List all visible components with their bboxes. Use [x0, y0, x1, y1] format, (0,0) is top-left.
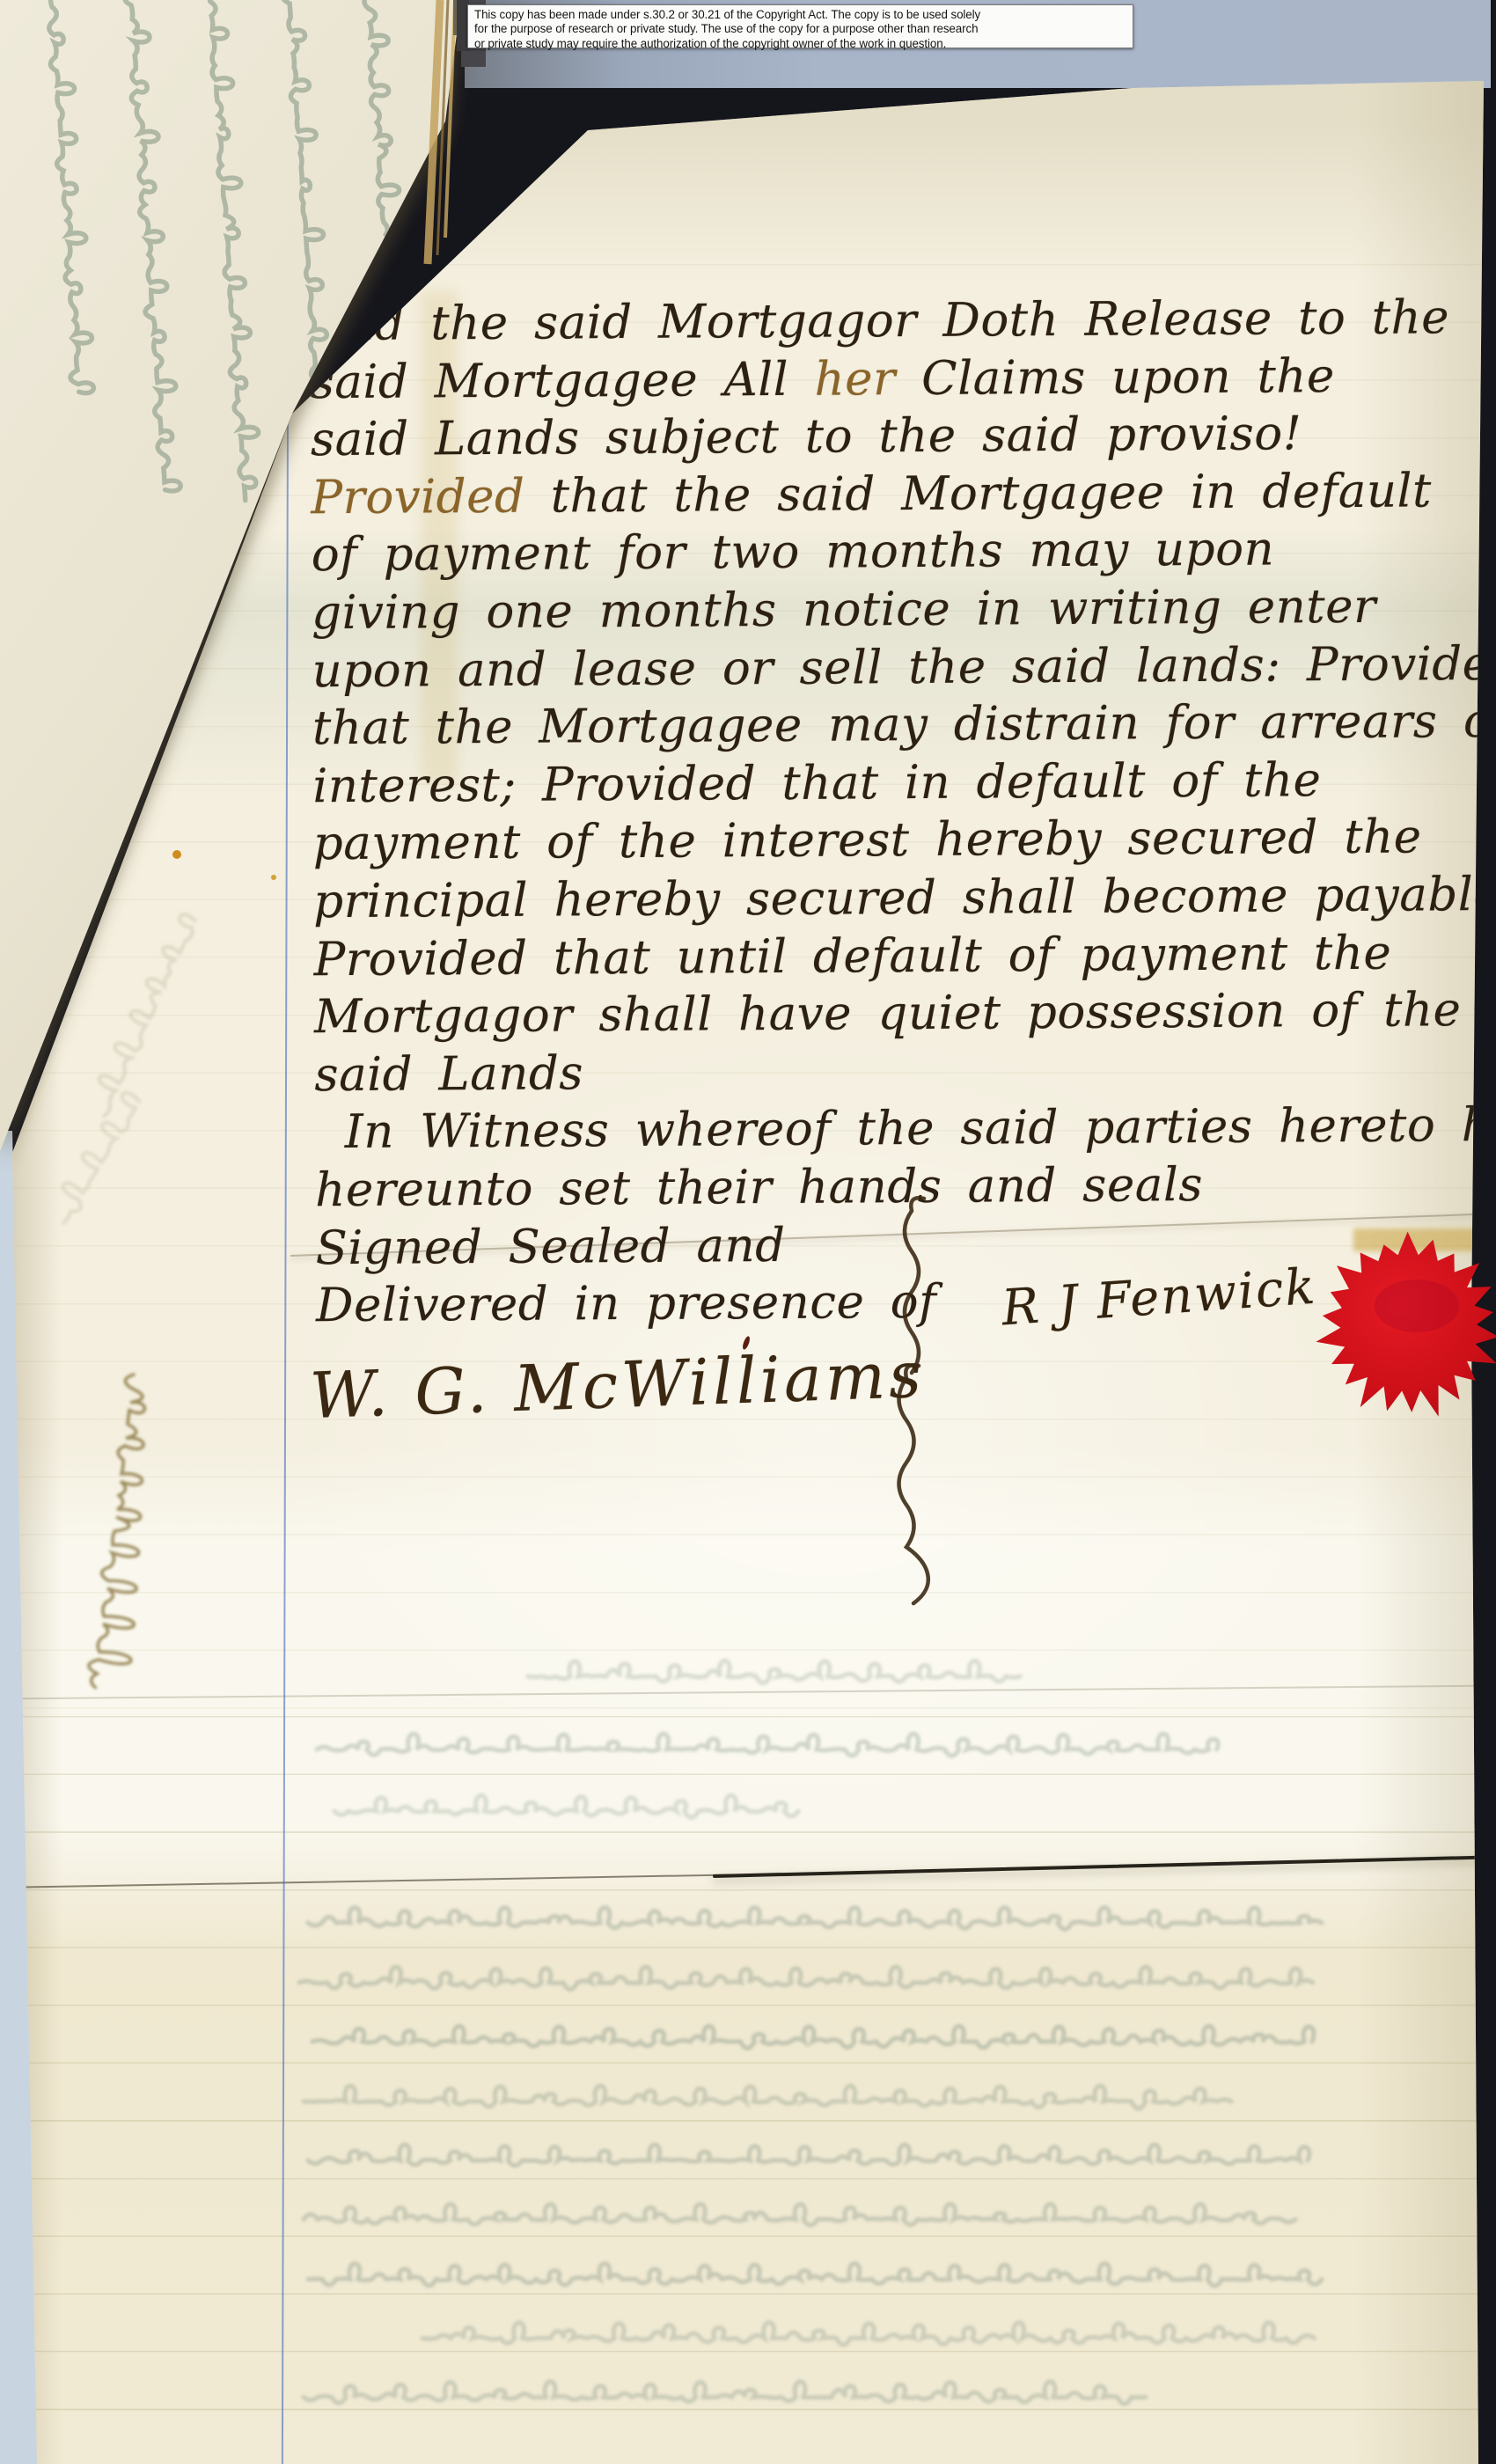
document-line-segment: giving one months notice in writing ente… [312, 580, 1376, 640]
copyright-text-line: for the purpose of research or private s… [474, 22, 1126, 36]
ghost-script-stroke [363, 0, 408, 322]
document-line: giving one months notice in writing ente… [2, 577, 1496, 644]
document-line-segment: In Witness whereof the said parties here… [345, 1098, 1496, 1160]
copyright-label: This copy has been made under s.30.2 or … [467, 4, 1133, 48]
copyright-text-line: This copy has been made under s.30.2 or … [474, 8, 1126, 22]
document-line: hereunto set their hands and seals [5, 1155, 1496, 1221]
document-line: Provided that until default of payment t… [4, 923, 1496, 990]
document-line: principal hereby secured shall become pa… [4, 866, 1496, 933]
main-page: And the said Mortgagor Doth Release to t… [0, 0, 1496, 2464]
document-line: upon and lease or sell the said lands: P… [2, 635, 1496, 702]
document-line-segment: Signed Sealed and [315, 1218, 785, 1274]
document-line-segment: principal hereby secured shall become pa… [313, 868, 1496, 928]
document-line: said Mortgagee All her Claims upon the [0, 347, 1496, 414]
document-line: And the said Mortgagor Doth Release to t… [0, 289, 1496, 356]
document-line-segment: Claims upon the [896, 349, 1335, 406]
ink-speck [91, 847, 97, 854]
scan-edge-corner [0, 0, 18, 14]
document-line-segment: upon and lease or sell the said lands: P… [312, 636, 1496, 697]
document-line-segment: And the said Mortgagor Doth Release to t… [310, 290, 1449, 351]
document-line: that the Mortgagee may distrain for arre… [3, 693, 1496, 759]
scanned-document: And the said Mortgagor Doth Release to t… [0, 0, 1496, 2464]
document-line-segment: interest; Provided that in default of th… [312, 753, 1321, 813]
document-line-segment: payment of the interest hereby secured t… [313, 810, 1422, 871]
document-line: Provided that the said Mortgagee in defa… [1, 462, 1496, 529]
document-line: of payment for two months may upon [2, 519, 1496, 586]
document-line: said Lands subject to the said proviso! [1, 404, 1496, 471]
document-line-segment: Provided [311, 470, 524, 524]
document-line-segment: hereunto set their hands and seals [315, 1158, 1203, 1217]
document-line-segment: her [814, 352, 896, 407]
document-line-segment: that the said Mortgagee in default [524, 464, 1432, 523]
document-line-segment: Delivered in presence of [316, 1275, 937, 1332]
document-line: interest; Provided that in default of th… [3, 751, 1496, 818]
document-line: payment of the interest hereby secured t… [4, 808, 1496, 875]
ghost-script-stroke [123, 0, 183, 492]
document-line-segment: that the Mortgagee may distrain for arre… [312, 694, 1496, 755]
handwritten-text-block: And the said Mortgagor Doth Release to t… [0, 289, 1496, 1337]
ghost-script-stroke [203, 0, 263, 501]
wax-seal [1313, 1225, 1496, 1432]
ruled-lines-lower [0, 1716, 1496, 2464]
document-line: Mortgagor shall have quiet possession of… [4, 981, 1496, 1048]
ghost-script-stroke [282, 0, 337, 431]
document-line-segment: said Lands subject to the said proviso! [311, 407, 1302, 467]
document-line: In Witness whereof the said parties here… [5, 1096, 1496, 1163]
document-line-segment: said Lands [314, 1046, 583, 1102]
ghost-script-stroke [43, 0, 97, 394]
document-line-segment: Mortgagor shall have quiet possession of… [314, 983, 1462, 1044]
document-line: said Lands [4, 1039, 1496, 1106]
document-line-segment: Provided that until default of payment t… [313, 926, 1391, 986]
copyright-text-line: or private study may require the authori… [474, 37, 1126, 51]
document-line-segment: said Mortgagee All [310, 352, 814, 408]
document-line-segment: of payment for two months may upon [312, 523, 1275, 583]
